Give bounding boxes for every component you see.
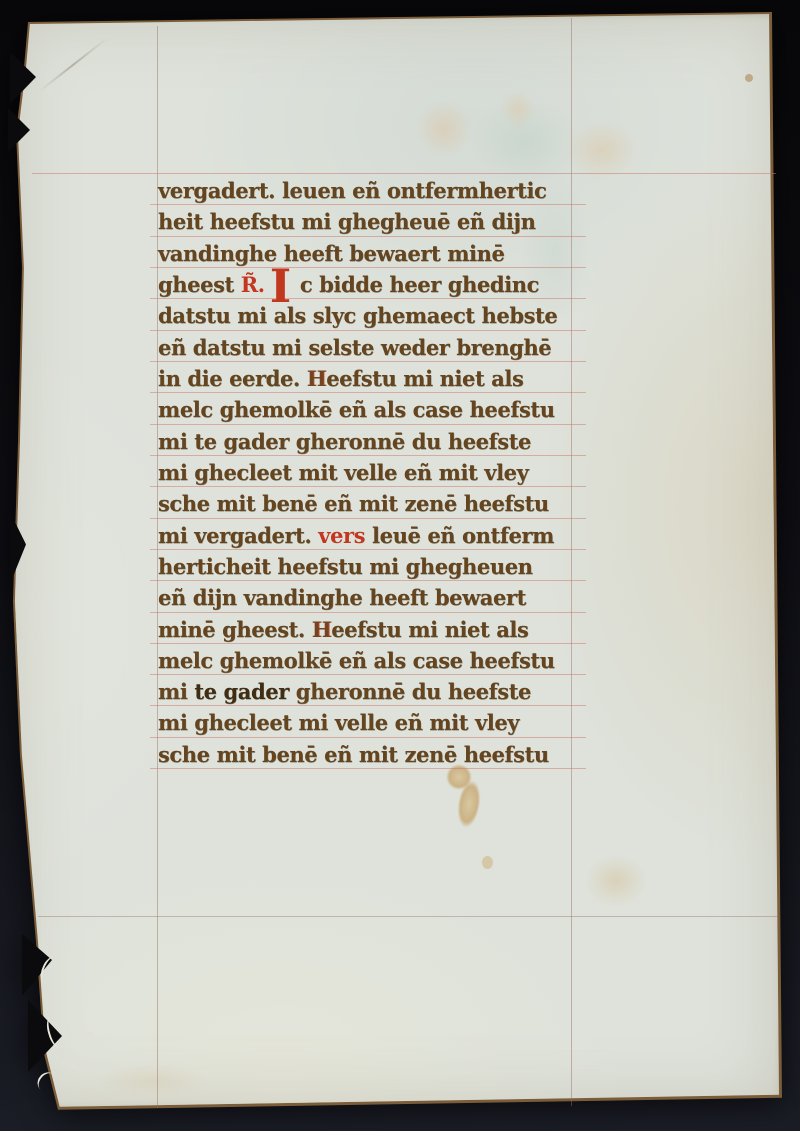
manuscript-text: H bbox=[307, 366, 326, 391]
manuscript-text: gheronnē du heefste bbox=[289, 679, 531, 704]
rubric-text: vers bbox=[318, 523, 365, 548]
manuscript-text: eñ dijn vandinghe heeft bewaert bbox=[158, 585, 526, 610]
manuscript-text: gheest bbox=[158, 272, 241, 297]
text-line: mi vergadert. vers leuē eñ ontferm bbox=[158, 520, 592, 551]
manuscript-text: leuē eñ ontferm bbox=[365, 523, 554, 548]
manuscript-text: heit heefstu mi ghegheuē eñ dijn bbox=[158, 209, 535, 234]
manuscript-text: vergadert. leuen eñ ontfermhertic bbox=[158, 178, 546, 203]
manuscript-text: eñ datstu mi selste weder brenghē bbox=[158, 335, 551, 360]
manuscript-text: datstu mi als slyc ghemaect hebste bbox=[158, 303, 557, 328]
text-line: in die eerde. Heefstu mi niet als bbox=[158, 363, 592, 394]
manuscript-text: melc ghemolkē eñ als case heefstu bbox=[158, 648, 555, 673]
photo-background: vergadert. leuen eñ ontfermherticheit he… bbox=[0, 0, 800, 1131]
manuscript-text: mi ghecleet mi velle eñ mit vley bbox=[158, 710, 519, 735]
manuscript-text: melc ghemolkē eñ als case heefstu bbox=[158, 397, 555, 422]
text-line: vandinghe heeft bewaert minē bbox=[158, 238, 592, 269]
manuscript-text: eefstu mi niet als bbox=[331, 617, 528, 642]
text-line: minē gheest. Heefstu mi niet als bbox=[158, 614, 592, 645]
text-block: vergadert. leuen eñ ontfermherticheit he… bbox=[8, 12, 784, 1112]
manuscript-text: vandinghe heeft bewaert minē bbox=[158, 241, 504, 266]
text-line: datstu mi als slyc ghemaect hebste bbox=[158, 300, 592, 331]
text-line: herticheit heefstu mi ghegheuen bbox=[158, 551, 592, 582]
text-line: mi te gader gheronnē du heefste bbox=[158, 676, 592, 707]
rubric-text: R̃. bbox=[241, 272, 265, 297]
manuscript-text: te gader bbox=[194, 679, 289, 704]
text-line: melc ghemolkē eñ als case heefstu bbox=[158, 645, 592, 676]
manuscript-text: mi vergadert. bbox=[158, 523, 318, 548]
text-line: vergadert. leuen eñ ontfermhertic bbox=[158, 175, 592, 206]
text-line: sche mit benē eñ mit zenē heefstu bbox=[158, 488, 592, 519]
text-line: eñ datstu mi selste weder brenghē bbox=[158, 332, 592, 363]
text-line: eñ dijn vandinghe heeft bewaert bbox=[158, 582, 592, 613]
manuscript-text: herticheit heefstu mi ghegheuen bbox=[158, 554, 533, 579]
manuscript-text: mi bbox=[158, 679, 194, 704]
text-line: mi ghecleet mi velle eñ mit vley bbox=[158, 707, 592, 738]
manuscript-text: mi ghecleet mit velle eñ mit vley bbox=[158, 460, 528, 485]
manuscript-text: eefstu mi niet als bbox=[326, 366, 523, 391]
text-line: gheest R̃.Ic bidde heer ghedinc bbox=[158, 269, 592, 300]
text-line: sche mit benē eñ mit zenē heefstu bbox=[158, 739, 592, 770]
text-line: mi te gader gheronnē du heefste bbox=[158, 426, 592, 457]
manuscript-text: mi te gader gheronnē du heefste bbox=[158, 429, 531, 454]
manuscript-leaf: vergadert. leuen eñ ontfermherticheit he… bbox=[8, 12, 784, 1112]
text-line: melc ghemolkē eñ als case heefstu bbox=[158, 394, 592, 425]
text-line: heit heefstu mi ghegheuē eñ dijn bbox=[158, 206, 592, 237]
manuscript-text: minē gheest. bbox=[158, 617, 312, 642]
text-line: mi ghecleet mit velle eñ mit vley bbox=[158, 457, 592, 488]
manuscript-text: sche mit benē eñ mit zenē heefstu bbox=[158, 742, 549, 767]
manuscript-text: in die eerde. bbox=[158, 366, 307, 391]
manuscript-text: sche mit benē eñ mit zenē heefstu bbox=[158, 491, 549, 516]
manuscript-text: c bidde heer ghedinc bbox=[300, 272, 539, 297]
manuscript-text: H bbox=[312, 617, 331, 642]
